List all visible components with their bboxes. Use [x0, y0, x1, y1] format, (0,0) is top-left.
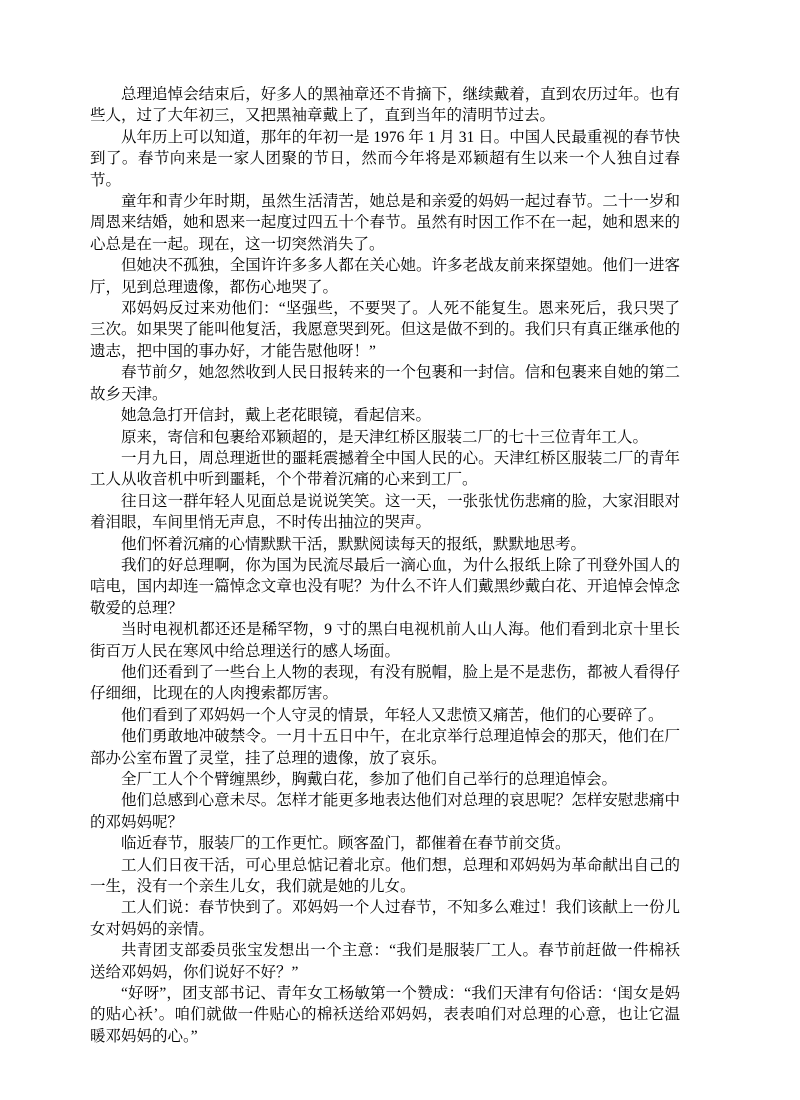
paragraph: “好呀”，团支部书记、青年女工杨敏第一个赞成：“我们天津有句俗话：‘闺女是妈的贴…	[90, 983, 680, 1047]
paragraph: 临近春节，服装厂的工作更忙。顾客盈门，都催着在春节前交货。	[90, 833, 680, 854]
paragraph: 他们勇敢地冲破禁令。一月十五日中午，在北京举行总理追悼会的那天，他们在厂部办公室…	[90, 726, 680, 769]
paragraph: 他们总感到心意未尽。怎样才能更多地表达他们对总理的哀思呢？怎样安慰悲痛中的邓妈妈…	[90, 790, 680, 833]
document-body: 总理追悼会结束后，好多人的黑袖章还不肯摘下，继续戴着，直到农历过年。也有些人，过…	[90, 84, 680, 1047]
paragraph: 邓妈妈反过来劝他们：“坚强些，不要哭了。人死不能复生。恩来死后，我只哭了三次。如…	[90, 298, 680, 362]
paragraph: 但她决不孤独，全国许许多多人都在关心她。许多老战友前来探望她。他们一进客厅，见到…	[90, 255, 680, 298]
paragraph: 他们还看到了一些台上人物的表现，有没有脱帽，脸上是不是悲伤，都被人看得仔仔细细，…	[90, 662, 680, 705]
paragraph: 当时电视机都还还是稀罕物，9 寸的黑白电视机前人山人海。他们看到北京十里长街百万…	[90, 619, 680, 662]
paragraph: 工人们日夜干活，可心里总惦记着北京。他们想，总理和邓妈妈为革命献出自己的一生，没…	[90, 855, 680, 898]
paragraph: 春节前夕，她忽然收到人民日报转来的一个包裹和一封信。信和包裹来自她的第二故乡天津…	[90, 362, 680, 405]
paragraph: 总理追悼会结束后，好多人的黑袖章还不肯摘下，继续戴着，直到农历过年。也有些人，过…	[90, 84, 680, 127]
paragraph: 他们看到了邓妈妈一个人守灵的情景，年轻人又悲愤又痛苦，他们的心要碎了。	[90, 705, 680, 726]
paragraph: 一月九日，周总理逝世的噩耗震撼着全中国人民的心。天津红桥区服装二厂的青年工人从收…	[90, 448, 680, 491]
paragraph: 他们怀着沉痛的心情默默干活，默默阅读每天的报纸，默默地思考。	[90, 534, 680, 555]
paragraph: 从年历上可以知道，那年的年初一是 1976 年 1 月 31 日。中国人民最重视…	[90, 127, 680, 191]
paragraph: 共青团支部委员张宝发想出一个主意：“我们是服装厂工人。春节前赶做一件棉袄送给邓妈…	[90, 940, 680, 983]
paragraph: 她急急打开信封，戴上老花眼镜，看起信来。	[90, 405, 680, 426]
paragraph: 童年和青少年时期，虽然生活清苦，她总是和亲爱的妈妈一起过春节。二十一岁和周恩来结…	[90, 191, 680, 255]
paragraph: 我们的好总理啊，你为国为民流尽最后一滴心血，为什么报纸上除了刊登外国人的唁电，国…	[90, 555, 680, 619]
paragraph: 工人们说：春节快到了。邓妈妈一个人过春节，不知多么难过！我们该献上一份儿女对妈妈…	[90, 897, 680, 940]
paragraph: 往日这一群年轻人见面总是说说笑笑。这一天，一张张忧伤悲痛的脸，大家泪眼对着泪眼，…	[90, 491, 680, 534]
paragraph: 原来，寄信和包裹给邓颖超的，是天津红桥区服装二厂的七十三位青年工人。	[90, 427, 680, 448]
document-page: 总理追悼会结束后，好多人的黑袖章还不肯摘下，继续戴着，直到农历过年。也有些人，过…	[0, 0, 800, 1100]
paragraph: 全厂工人个个臂缠黑纱，胸戴白花，参加了他们自己举行的总理追悼会。	[90, 769, 680, 790]
